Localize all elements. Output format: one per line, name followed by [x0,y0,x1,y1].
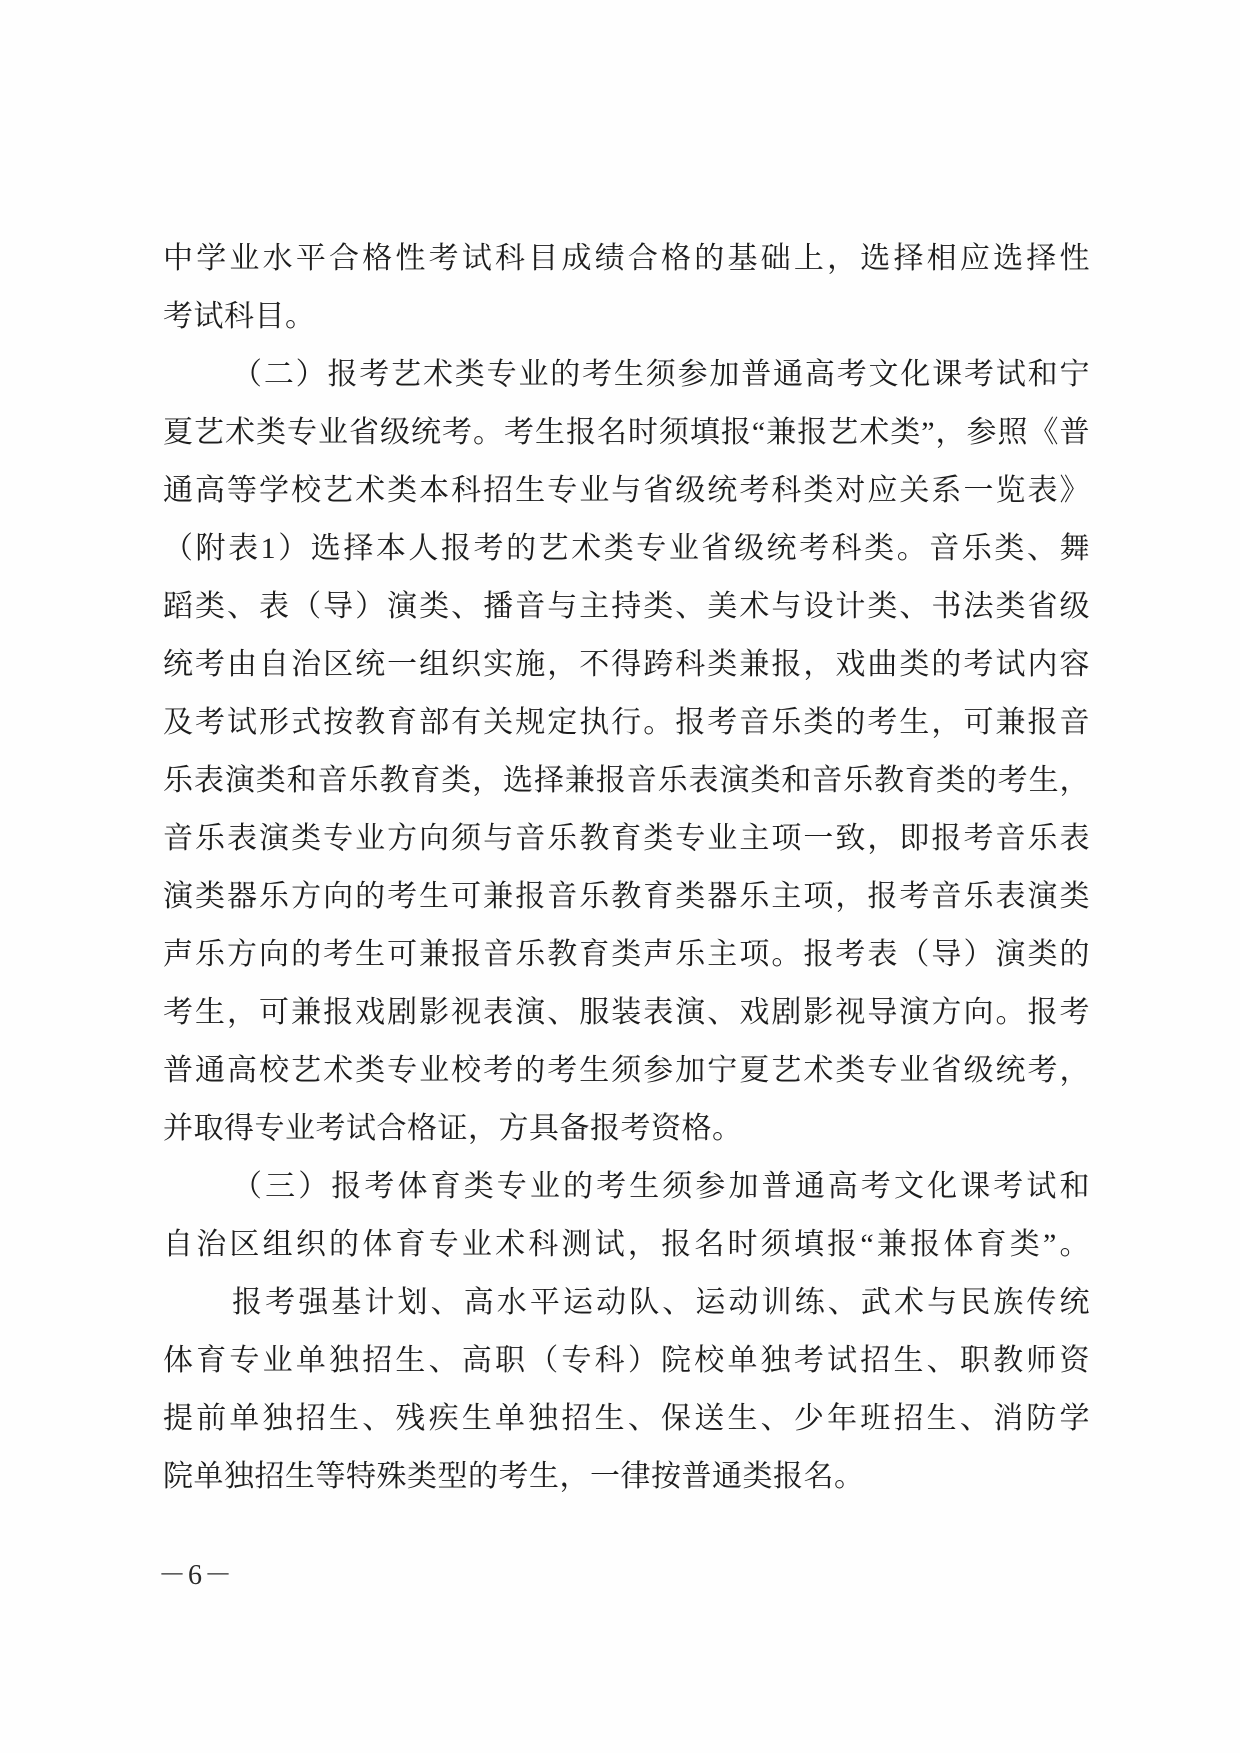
text-line: 院单独招生等特殊类型的考生，一律按普通类报名。 [163,1448,1090,1506]
text-line: 考生，可兼报戏剧影视表演、服装表演、戏剧影视导演方向。报考 [163,984,1090,1042]
text-line: 演类器乐方向的考生可兼报音乐教育类器乐主项，报考音乐表演类 [163,868,1090,926]
text-line: 夏艺术类专业省级统考。考生报名时须填报“兼报艺术类”，参照《普 [163,404,1090,462]
text-line: 报考强基计划、高水平运动队、运动训练、武术与民族传统 [163,1274,1090,1332]
text-line: （附表1）选择本人报考的艺术类专业省级统考科类。音乐类、舞 [163,520,1090,578]
text-line: 乐表演类和音乐教育类，选择兼报音乐表演类和音乐教育类的考生， [163,752,1090,810]
text-line: 通高等学校艺术类本科招生专业与省级统考科类对应关系一览表》 [163,462,1090,520]
text-line: 中学业水平合格性考试科目成绩合格的基础上，选择相应选择性 [163,230,1090,288]
text-line: 及考试形式按教育部有关规定执行。报考音乐类的考生，可兼报音 [163,694,1090,752]
text-line: 统考由自治区统一组织实施，不得跨科类兼报，戏曲类的考试内容 [163,636,1090,694]
page-number: －6－ [158,1558,234,1594]
text-line: （三）报考体育类专业的考生须参加普通高考文化课考试和 [163,1158,1090,1216]
document-body: 中学业水平合格性考试科目成绩合格的基础上，选择相应选择性 考试科目。 （二）报考… [163,230,1090,1506]
text-line: 考试科目。 [163,288,1090,346]
text-line: 蹈类、表（导）演类、播音与主持类、美术与设计类、书法类省级 [163,578,1090,636]
document-page: 中学业水平合格性考试科目成绩合格的基础上，选择相应选择性 考试科目。 （二）报考… [0,0,1240,1753]
text-line: 音乐表演类专业方向须与音乐教育类专业主项一致，即报考音乐表 [163,810,1090,868]
text-line: 提前单独招生、残疾生单独招生、保送生、少年班招生、消防学 [163,1390,1090,1448]
text-line: 声乐方向的考生可兼报音乐教育类声乐主项。报考表（导）演类的 [163,926,1090,984]
text-line: （二）报考艺术类专业的考生须参加普通高考文化课考试和宁 [163,346,1090,404]
text-line: 普通高校艺术类专业校考的考生须参加宁夏艺术类专业省级统考， [163,1042,1090,1100]
text-line: 自治区组织的体育专业术科测试，报名时须填报“兼报体育类”。 [163,1216,1090,1274]
text-line: 体育专业单独招生、高职（专科）院校单独考试招生、职教师资 [163,1332,1090,1390]
text-line: 并取得专业考试合格证，方具备报考资格。 [163,1100,1090,1158]
